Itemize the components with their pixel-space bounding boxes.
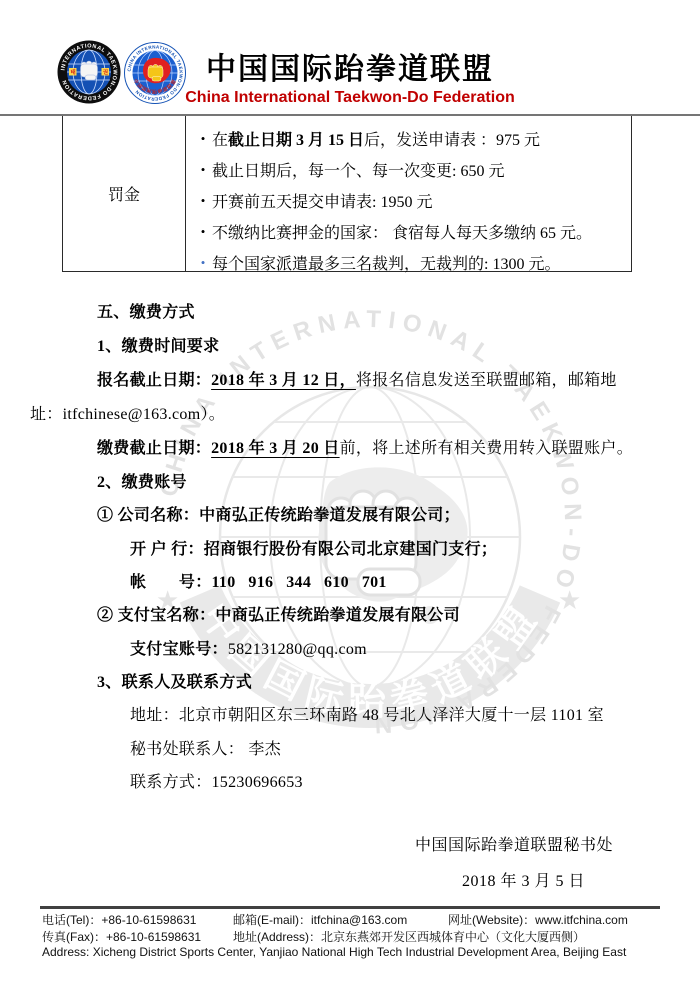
footer-email: 邮箱(E-mail)：itfchina@163.com xyxy=(233,911,407,928)
penalty-item: • 开赛前五天提交申请表: 1950 元 xyxy=(194,185,631,216)
bank-line: 开 户 行：招商银行股份有限公司北京建国门支行； xyxy=(130,539,497,561)
bullet-icon: • xyxy=(194,131,212,147)
penalty-item: • 在截止日期 3 月 15 日后，发送申请表 ：975 元 xyxy=(194,123,631,154)
bullet-icon: • xyxy=(194,255,212,271)
penalty-item: • 不缴纳比赛押金的国家： 食宿每人每天多缴纳 65 元。 xyxy=(194,216,631,247)
penalty-item-text: 不缴纳比赛押金的国家： 食宿每人每天多缴纳 65 元。 xyxy=(212,220,592,243)
penalty-row-label: 罚金 xyxy=(63,116,186,271)
penalty-item-text: 在截止日期 3 月 15 日后，发送申请表 ：975 元 xyxy=(212,127,540,150)
penalty-item-text: 每个国家派遣最多三名裁判，无裁判的: 1300 元。 xyxy=(212,251,560,274)
address-line: 地址：北京市朝阳区东三环南路 48 号北人泽洋大厦十一层 1101 室 xyxy=(130,705,604,727)
document-page: CHINA INTERNATIONAL TAEKWON-DO FEDERATIO… xyxy=(0,0,700,990)
bullet-icon: • xyxy=(194,193,212,209)
alipay-name-line: ② 支付宝名称：中商弘正传统跆拳道发展有限公司 xyxy=(97,605,460,627)
footer-website: 网址(Website)：www.itfchina.com xyxy=(448,911,628,928)
paragraph-pay-deadline: 缴费截止日期：2018 年 3 月 20 日前，将上述所有相关费用转入联盟账户。 xyxy=(97,438,633,460)
footer-rule xyxy=(40,906,660,909)
footer-address-en: Address: Xicheng District Sports Center,… xyxy=(42,945,626,959)
subheading-contact: 3、联系人及联系方式 xyxy=(97,672,252,694)
footer-tel: 电话(Tel)：+86-10-61598631 xyxy=(42,911,196,928)
account-number-line: 帐 号：110 916 344 610 701 xyxy=(130,572,387,594)
signature-date: 2018 年 3 月 5 日 xyxy=(462,868,585,891)
paragraph-register-deadline: 报名截止日期：2018 年 3 月 12 日，将报名信息发送至联盟邮箱，邮箱地 xyxy=(97,370,617,392)
watermark-star-right: ★ xyxy=(558,586,581,615)
penalty-item-text: 截止日期后，每一个、每一次变更: 650 元 xyxy=(212,158,504,181)
alipay-account: 582131280@qq.com xyxy=(228,641,367,658)
org-title: 中国国际跆拳道联盟 xyxy=(0,44,700,88)
section-heading-payment: 五、缴费方式 xyxy=(97,302,195,324)
penalty-table: 罚金 • 在截止日期 3 月 15 日后，发送申请表 ：975 元 • 截止日期… xyxy=(62,116,632,272)
subheading-payment-time: 1、缴费时间要求 xyxy=(97,336,219,358)
bullet-icon: • xyxy=(194,224,212,240)
contact-person-line: 秘书处联系人： 李杰 xyxy=(130,739,281,761)
account-number: 110 916 344 610 701 xyxy=(212,574,387,591)
penalty-item: • 截止日期后，每一个、每一次变更: 650 元 xyxy=(194,154,631,185)
signature-org: 中国国际跆拳道联盟秘书处 xyxy=(415,832,613,855)
penalty-item: • 每个国家派遣最多三名裁判，无裁判的: 1300 元。 xyxy=(194,247,631,278)
penalty-item-text: 开赛前五天提交申请表: 1950 元 xyxy=(212,189,432,212)
penalty-items-cell: • 在截止日期 3 月 15 日后，发送申请表 ：975 元 • 截止日期后，每… xyxy=(186,116,631,271)
company-name-line: ① 公司名称：中商弘正传统跆拳道发展有限公司； xyxy=(97,505,460,527)
footer-fax: 传真(Fax)：+86-10-61598631 xyxy=(42,928,201,945)
footer-address-cn: 地址(Address)：北京东燕郊开发区西城体育中心（文化大厦西侧） xyxy=(233,928,585,945)
subheading-payment-account: 2、缴费账号 xyxy=(97,472,187,494)
alipay-account-line: 支付宝账号：582131280@qq.com xyxy=(130,639,367,661)
paragraph-register-deadline-cont: 址：itfchinese@163.com）。 xyxy=(30,404,225,426)
contact-phone-line: 联系方式：15230696653 xyxy=(130,772,303,794)
bullet-icon: • xyxy=(194,162,212,178)
org-subtitle: China International Taekwon-Do Federatio… xyxy=(0,89,700,107)
